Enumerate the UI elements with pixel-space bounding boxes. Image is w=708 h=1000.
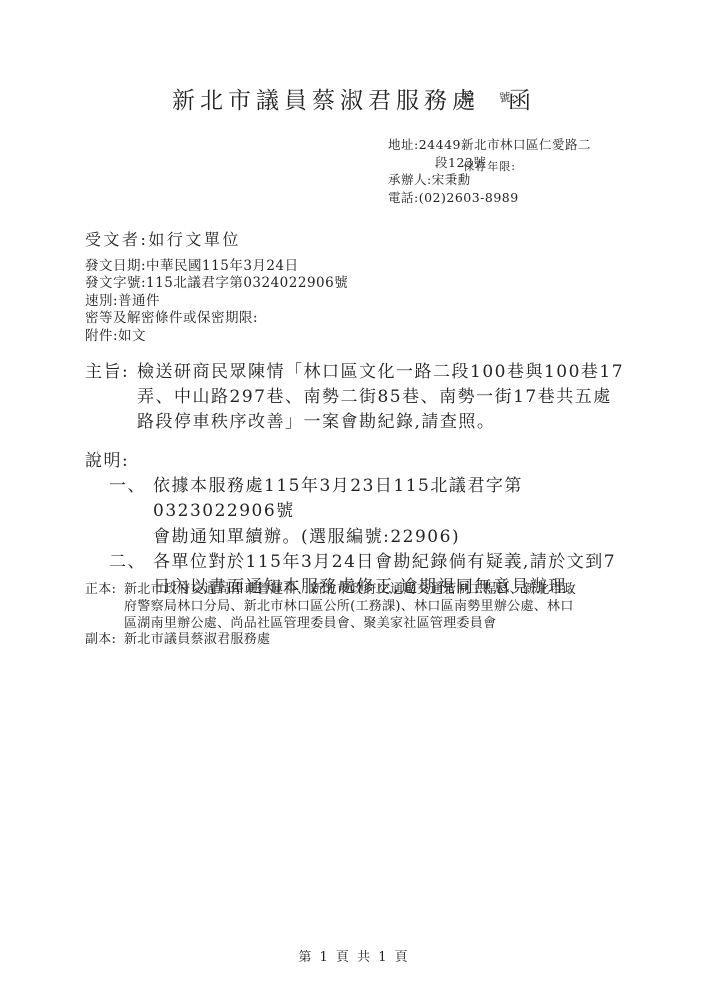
sender-address-line2: 段123號 [388, 154, 591, 172]
sender-info-block: 地址:24449新北市林口區仁愛路二 段123號 承辦人:宋秉勳 電話:(02)… [388, 136, 591, 206]
original-recipients-text: 新北市政府交通局停車營運科、新北市政府交通局交通管制工程科、新北市政 府警察局林… [124, 582, 576, 632]
subject-section: 主旨: 檢送研商民眾陳情「林口區文化一路二段100巷與100巷17 弄、中山路2… [85, 360, 645, 435]
subject-line: 路段停車秩序改善」一案會勘紀錄,請查照。 [137, 410, 624, 435]
document-meta-block: 發文日期:中華民國115年3月24日 發文字號:115北議君字第03240229… [85, 258, 348, 345]
item-line: 會勘通知單續辦。(選服編號:22906) [153, 525, 645, 550]
explanation-section: 說明: 一、 依據本服務處115年3月23日115北議君字第0323022906… [85, 449, 645, 600]
original-recipients-line: 府警察局林口分局、新北市林口區公所(工務課)、林口區南勢里辦公處、林口 [124, 599, 576, 616]
sender-address-line1: 地址:24449新北市林口區仁愛路二 [388, 136, 591, 154]
explanation-label: 說明: [85, 449, 645, 474]
cc-recipients-row: 副本: 新北市議員蔡淑君服務處 [85, 632, 645, 649]
security-class-line: 密等及解密條件或保密期限: [85, 310, 348, 327]
original-recipients-label: 正本: [85, 582, 124, 632]
cc-recipients-line: 新北市議員蔡淑君服務處 [124, 632, 270, 649]
item-line: 各單位對於115年3月24日會勘紀錄倘有疑義,請於文到7 [153, 550, 616, 575]
subject-text: 檢送研商民眾陳情「林口區文化一路二段100巷與100巷17 弄、中山路297巷、… [137, 360, 624, 435]
item-number: 一、 [109, 474, 153, 550]
subject-line: 檢送研商民眾陳情「林口區文化一路二段100巷與100巷17 [137, 360, 624, 385]
speed-class-line: 速別:普通件 [85, 293, 348, 310]
item-text: 依據本服務處115年3月23日115北議君字第0323022906號 會勘通知單… [153, 474, 645, 550]
original-recipients-row: 正本: 新北市政府交通局停車營運科、新北市政府交通局交通管制工程科、新北市政 府… [85, 582, 645, 632]
recipient-line: 受文者:如行文單位 [85, 227, 241, 250]
document-title: 新北市議員蔡淑君服務處 函 [0, 82, 708, 115]
issue-number-line: 發文字號:115北議君字第0324022906號 [85, 275, 348, 292]
explanation-item-1: 一、 依據本服務處115年3月23日115北議君字第0323022906號 會勘… [109, 474, 645, 550]
phone-line: 電話:(02)2603-8989 [388, 189, 591, 207]
attachment-line: 附件:如文 [85, 328, 348, 345]
page-number-footer: 第 1 頁 共 1 頁 [0, 946, 708, 965]
document-page: 檔 號: 保存年限: 新北市議員蔡淑君服務處 函 地址:24449新北市林口區仁… [0, 0, 708, 1000]
subject-label: 主旨: [85, 360, 137, 435]
subject-line: 弄、中山路297巷、南勢二街85巷、南勢一街17巷共五處 [137, 385, 624, 410]
item-line: 依據本服務處115年3月23日115北議君字第0323022906號 [153, 474, 645, 524]
original-recipients-line: 新北市政府交通局停車營運科、新北市政府交通局交通管制工程科、新北市政 [124, 582, 576, 599]
contact-person-line: 承辦人:宋秉勳 [388, 171, 591, 189]
copies-section: 正本: 新北市政府交通局停車營運科、新北市政府交通局交通管制工程科、新北市政 府… [85, 582, 645, 649]
issue-date-line: 發文日期:中華民國115年3月24日 [85, 258, 348, 275]
original-recipients-line: 區湖南里辦公處、尚品社區管理委員會、聚美家社區管理委員會 [124, 616, 576, 633]
cc-recipients-label: 副本: [85, 632, 124, 649]
